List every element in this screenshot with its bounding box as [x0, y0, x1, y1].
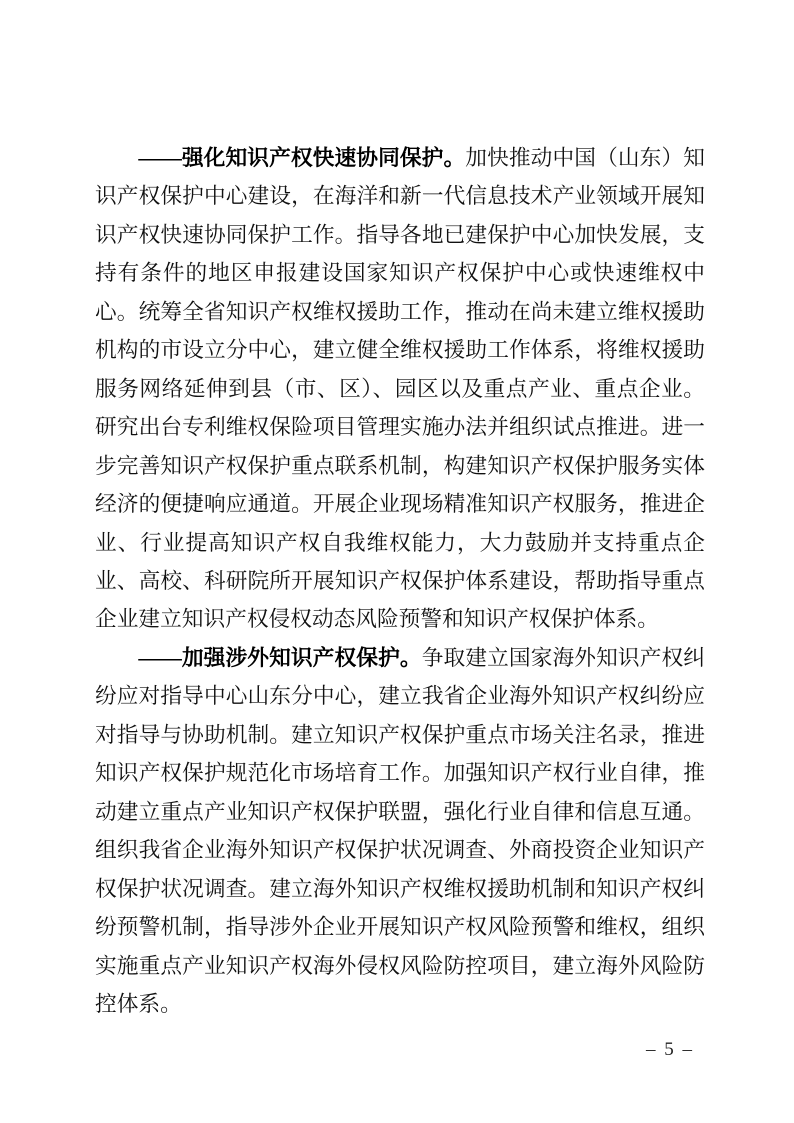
paragraph-strengthen-foreign-ip-protection: ——加强涉外知识产权保护。争取建立国家海外知识产权纠纷应对指导中心山东分中心，建… — [95, 639, 705, 1024]
document-body: ——强化知识产权快速协同保护。加快推动中国（山东）知识产权保护中心建设，在海洋和… — [95, 139, 705, 1023]
paragraph-lead-bold: ——强化知识产权快速协同保护。 — [138, 146, 465, 170]
page-number: – 5 – — [640, 1038, 700, 1062]
paragraph-lead-bold: ——加强涉外知识产权保护。 — [138, 646, 421, 670]
document-page: ——强化知识产权快速协同保护。加快推动中国（山东）知识产权保护中心建设，在海洋和… — [0, 0, 794, 1123]
paragraph-strengthen-rapid-coordinated-protection: ——强化知识产权快速协同保护。加快推动中国（山东）知识产权保护中心建设，在海洋和… — [95, 139, 705, 639]
paragraph-body-text: 加快推动中国（山东）知识产权保护中心建设，在海洋和新一代信息技术产业领域开展知识… — [95, 146, 705, 631]
paragraph-body-text: 争取建立国家海外知识产权纠纷应对指导中心山东分中心，建立我省企业海外知识产权纠纷… — [95, 646, 705, 1016]
